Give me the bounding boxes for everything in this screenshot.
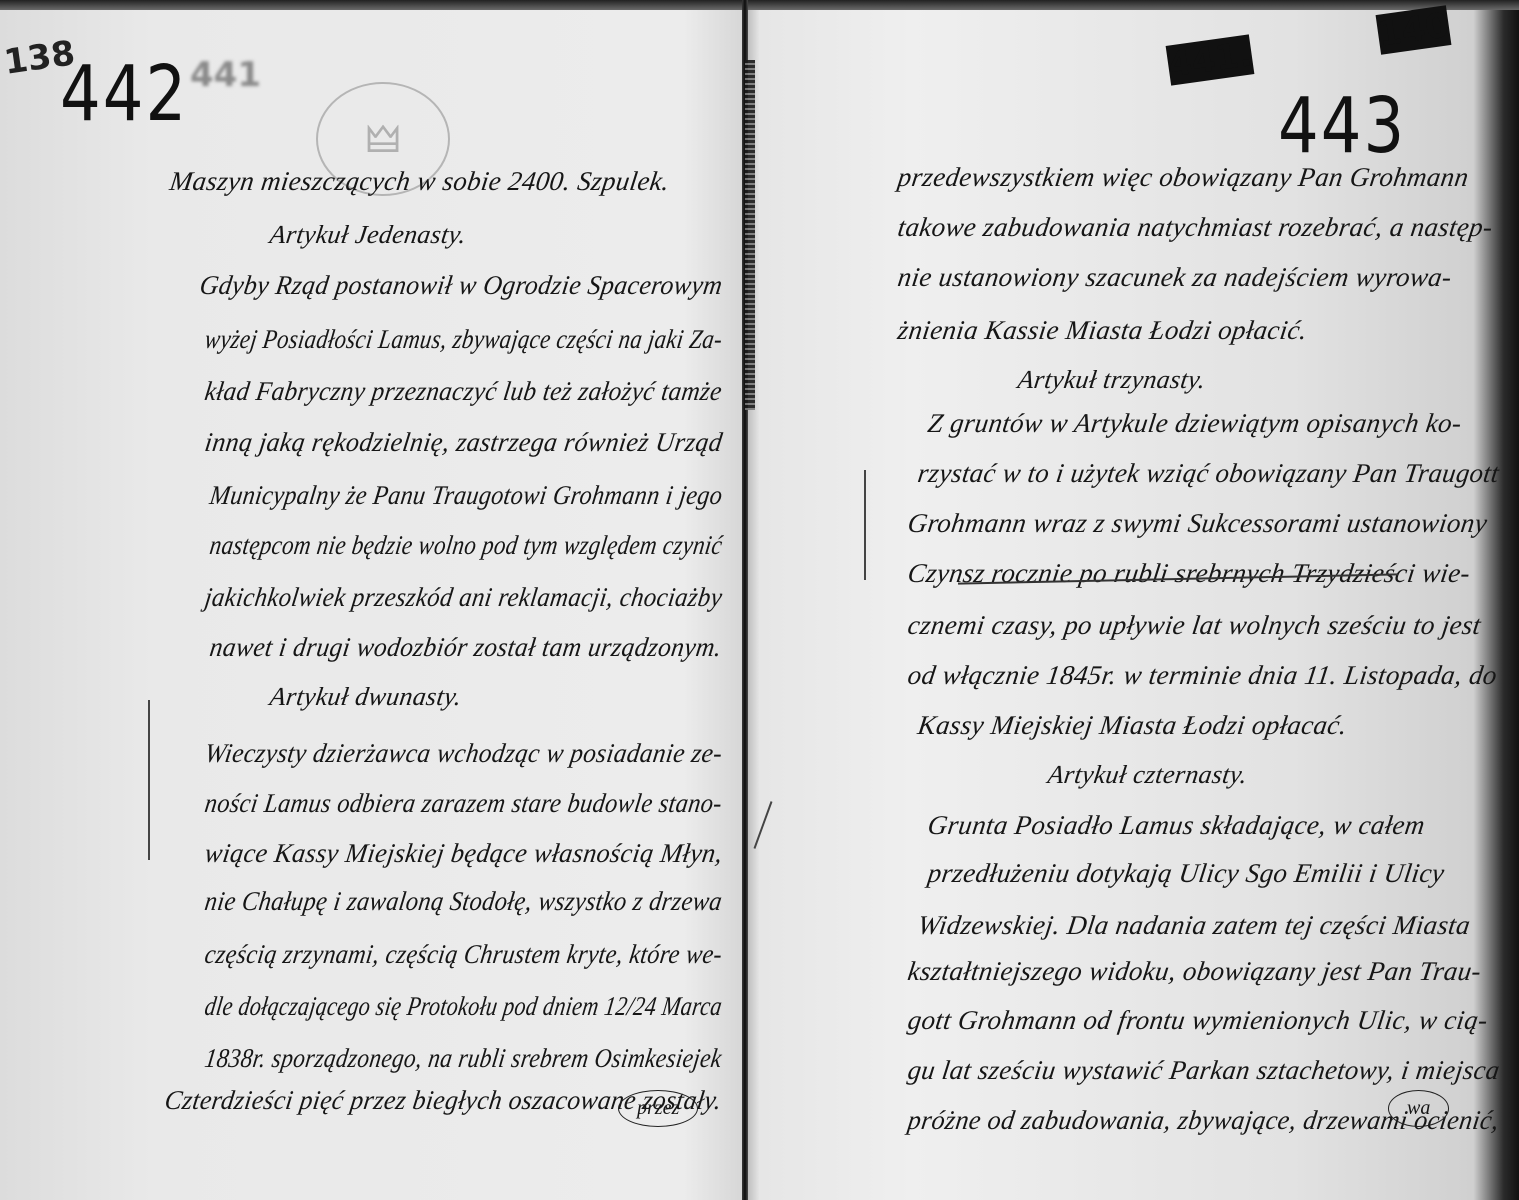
manuscript-line: kład Fabryczny przeznaczyć lub też założ… — [203, 376, 724, 407]
manuscript-line: nie Chałupę i zawaloną Stodołę, wszystko… — [203, 886, 724, 917]
manuscript-line: ności Lamus odbiera zarazem stare budowl… — [203, 788, 724, 819]
catchword: wa — [1388, 1090, 1449, 1127]
manuscript-line: przedłużeniu dotykają Ulicy Sgo Emilii i… — [926, 858, 1447, 889]
eagle-seal-icon: 🜲 — [366, 120, 401, 158]
manuscript-line: częścią zrzynami, częścią Chrustem kryte… — [203, 939, 724, 970]
manuscript-line: nie ustanowiony szacunek za nadejściem w… — [896, 262, 1454, 293]
left-page: 138 442 441 🜲 Maszyn mieszczących w sobi… — [0, 0, 742, 1200]
manuscript-line: od włącznie 1845r. w terminie dnia 11. L… — [906, 660, 1499, 691]
manuscript-line: jakichkolwiek przeszkód ani reklamacji, … — [203, 582, 725, 613]
manuscript-line: 1838r. sporządzonego, na rubli srebrem O… — [203, 1043, 724, 1074]
manuscript-line: nawet i drugi wodozbiór został tam urząd… — [208, 632, 724, 663]
manuscript-line: następcom nie będzie wolno pod tym wzglę… — [208, 530, 725, 561]
manuscript-line: gott Grohmann od frontu wymienionych Uli… — [906, 1005, 1490, 1036]
manuscript-line: wyżej Posiadłości Lamus, zbywające częśc… — [203, 324, 725, 355]
manuscript-line: Wieczysty dzierżawca wchodząc w posiadan… — [203, 738, 725, 769]
manuscript-line: cznemi czasy, po upływie lat wolnych sze… — [906, 610, 1483, 641]
manuscript-line: Widzewskiej. Dla nadania zatem tej częśc… — [916, 910, 1472, 941]
manuscript-line: Municypalny że Panu Traugotowi Grohmann … — [208, 480, 725, 511]
manuscript-spread: 138 442 441 🜲 Maszyn mieszczących w sobi… — [0, 0, 1519, 1200]
margin-rule — [148, 700, 150, 860]
manuscript-line: dle dołączającego się Protokołu pod dnie… — [203, 991, 724, 1022]
manuscript-line: Z gruntów w Artykule dziewiątym opisanyc… — [926, 408, 1464, 439]
catchword: przez — [618, 1090, 698, 1127]
struck-folio-number: 441. — [1166, 34, 1255, 85]
manuscript-line: Gdyby Rząd postanowił w Ogrodzie Spacero… — [198, 270, 725, 301]
manuscript-line: wiące Kassy Miejskiej będące własnością … — [203, 838, 725, 869]
manuscript-line: gu lat sześciu wystawić Parkan sztacheto… — [906, 1055, 1502, 1086]
manuscript-line: przedewszystkiem więc obowiązany Pan Gro… — [896, 162, 1471, 193]
manuscript-line: rzystać w to i użytek wziąć obowiązany P… — [916, 458, 1501, 489]
right-page: 441. 140 443 przedewszystkiem więc obowi… — [748, 0, 1519, 1200]
folio-number: 443 — [1278, 83, 1406, 172]
margin-rule — [754, 801, 773, 849]
margin-rule — [864, 470, 866, 580]
manuscript-line: inną jaką rękodzielnię, zastrzega równie… — [203, 427, 725, 458]
manuscript-line: Maszyn mieszczących w sobie 2400. Szpule… — [168, 166, 672, 197]
manuscript-line: takowe zabudowania natychmiast rozebrać,… — [896, 212, 1495, 243]
manuscript-line: kształtniejszego widoku, obowiązany jest… — [906, 956, 1483, 987]
article-heading: Artykuł trzynasty. — [1016, 365, 1208, 395]
folio-number: 442 — [60, 51, 188, 140]
manuscript-line: Grohmann wraz z swymi Sukcessorami ustan… — [906, 508, 1489, 539]
article-heading: Artykuł Jedenasty. — [268, 220, 468, 250]
article-heading: Artykuł dwunasty. — [268, 682, 464, 712]
struck-folio-number-2: 140 — [1376, 5, 1452, 54]
manuscript-line: żnienia Kassie Miasta Łodzi opłacić. — [896, 315, 1309, 346]
manuscript-line: Kassy Miejskiej Miasta Łodzi opłacać. — [916, 710, 1349, 741]
manuscript-line: Grunta Posiadło Lamus składające, w całe… — [926, 810, 1427, 841]
article-heading: Artykuł czternasty. — [1046, 760, 1249, 790]
faded-folio-number: 441 — [190, 55, 261, 95]
